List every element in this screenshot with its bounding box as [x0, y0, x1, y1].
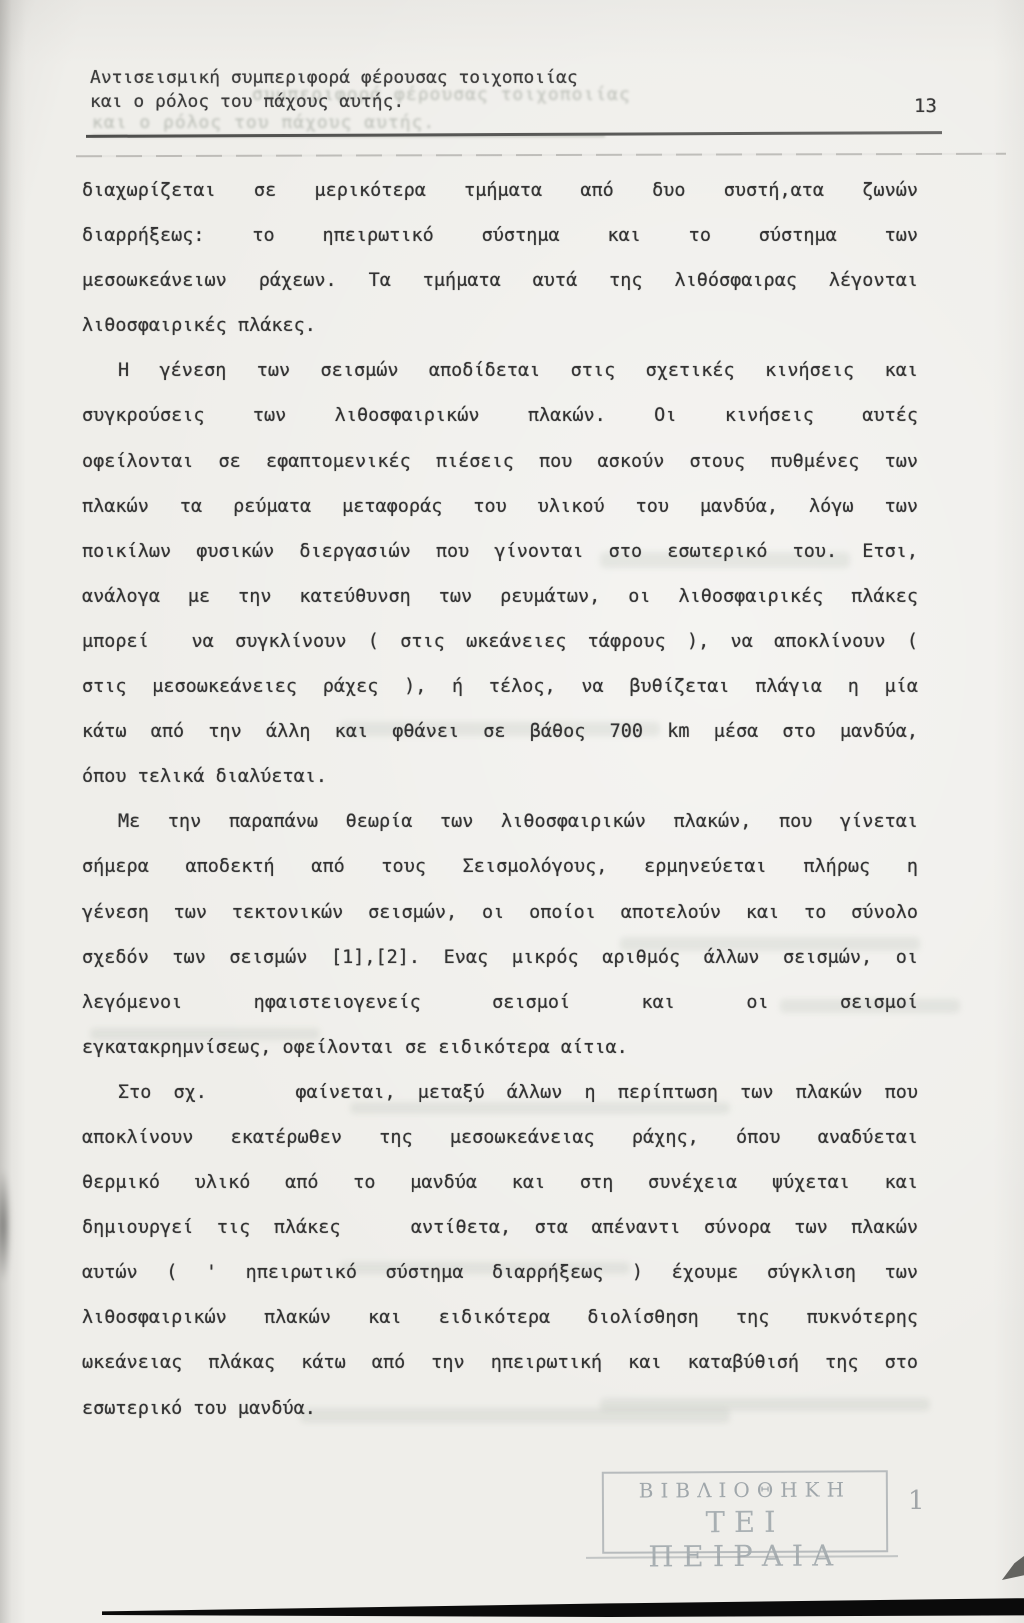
scan-ink-streak — [0, 1168, 11, 1283]
stamp-line2: ΤΕΙ ΠΕΙΡΑΙΑ — [604, 1504, 886, 1573]
scan-bottom-bar — [102, 1597, 1024, 1617]
text-line: λιθοσφαιρικών πλακών και ειδικότερα διολ… — [82, 1295, 918, 1340]
text-line: λεγόμενοι ηφαιστειογενείς σεισμοί και οι… — [82, 980, 918, 1025]
text-line: Η γένεση των σεισμών αποδίδεται στις σχε… — [82, 348, 918, 393]
text-line: οφείλονται σε εφαπτομενικές πιέσεις που … — [82, 439, 918, 484]
header-title-line2: και ο ρόλος του πάχους αυτής. — [90, 90, 960, 114]
text-line: συγκρούσεις των λιθοσφαιρικών πλακών. Οι… — [82, 393, 918, 438]
header-title-line1: Αντισεισμική συμπεριφορά φέρουσας τοιχοπ… — [90, 66, 960, 90]
stamp-line1: ΒΙΒΛΙΟΘΗΚΗ — [604, 1477, 886, 1502]
text-line: αποκλίνουν εκατέρωθεν της μεσοωκεάνειας … — [82, 1115, 918, 1160]
text-line: εγκατακρημνίσεως, οφείλονται σε ειδικότε… — [82, 1025, 918, 1070]
text-line: στις μεσοωκεάνειες ράχες ), ή τέλος, να … — [82, 664, 918, 709]
scan-corner-wedge — [1000, 1556, 1024, 1580]
text-line: ωκεάνειας πλάκας κάτω από την ηπειρωτική… — [82, 1340, 918, 1385]
text-line: Με την παραπάνω θεωρία των λιθοσφαιρικών… — [82, 799, 918, 844]
text-line: δημιουργεί τις πλάκες αντίθετα, στα απέν… — [82, 1205, 918, 1250]
text-line: διαρρήξεως: το ηπειρωτικό σύστημα και το… — [82, 213, 918, 258]
text-line: λιθοσφαιρικές πλάκες. — [82, 303, 918, 348]
text-line: όπου τελικά διαλύεται. — [82, 754, 918, 799]
text-line: μπορεί να συγκλίνουν ( στις ωκεάνειες τά… — [82, 619, 918, 664]
body-text: διαχωρίζεται σε μερικότερα τμήματα από δ… — [82, 168, 918, 1431]
text-line: σήμερα αποδεκτή από τους Σεισμολόγους, ε… — [82, 844, 918, 889]
text-line: διαχωρίζεται σε μερικότερα τμήματα από δ… — [82, 168, 918, 213]
text-line: αυτών ( ' ηπειρωτικό σύστημα διαρρήξεως … — [82, 1250, 918, 1295]
page-number: 13 — [914, 95, 937, 117]
running-header: Αντισεισμική συμπεριφορά φέρουσας τοιχοπ… — [90, 66, 960, 114]
scanned-document-page: συμπεριφορά φέρουσας τοιχοποιίας και ο ρ… — [0, 0, 1024, 1623]
text-line: σχεδόν των σεισμών [1],[2]. Ενας μικρός … — [82, 935, 918, 980]
text-line: μεσοωκεάνειων ράχεων. Τα τμήματα αυτά τη… — [82, 258, 918, 303]
scan-left-shadow — [0, 0, 26, 1623]
stamp-side-mark: 1 — [908, 1486, 925, 1516]
text-line: πλακών τα ρεύματα μεταφοράς του υλικού τ… — [82, 484, 918, 529]
text-line: κάτω από την άλλη και φθάνει σε βάθος 70… — [82, 709, 918, 754]
text-line: γένεση των τεκτονικών σεισμών, οι οποίοι… — [82, 890, 918, 935]
text-line: θερμικό υλικό από το μανδύα και στη συνέ… — [82, 1160, 918, 1205]
text-line: ποικίλων φυσικών διεργασιών που γίνονται… — [82, 529, 918, 574]
library-stamp: ΒΙΒΛΙΟΘΗΚΗ ΤΕΙ ΠΕΙΡΑΙΑ — [602, 1470, 888, 1553]
text-line: ανάλογα με την κατεύθυνση των ρευμάτων, … — [82, 574, 918, 619]
text-line: Στο σχ. φαίνεται, μεταξύ άλλων η περίπτω… — [82, 1070, 918, 1115]
header-rule-ghost — [76, 153, 1006, 157]
text-line: εσωτερικό του μανδύα. — [82, 1386, 918, 1431]
